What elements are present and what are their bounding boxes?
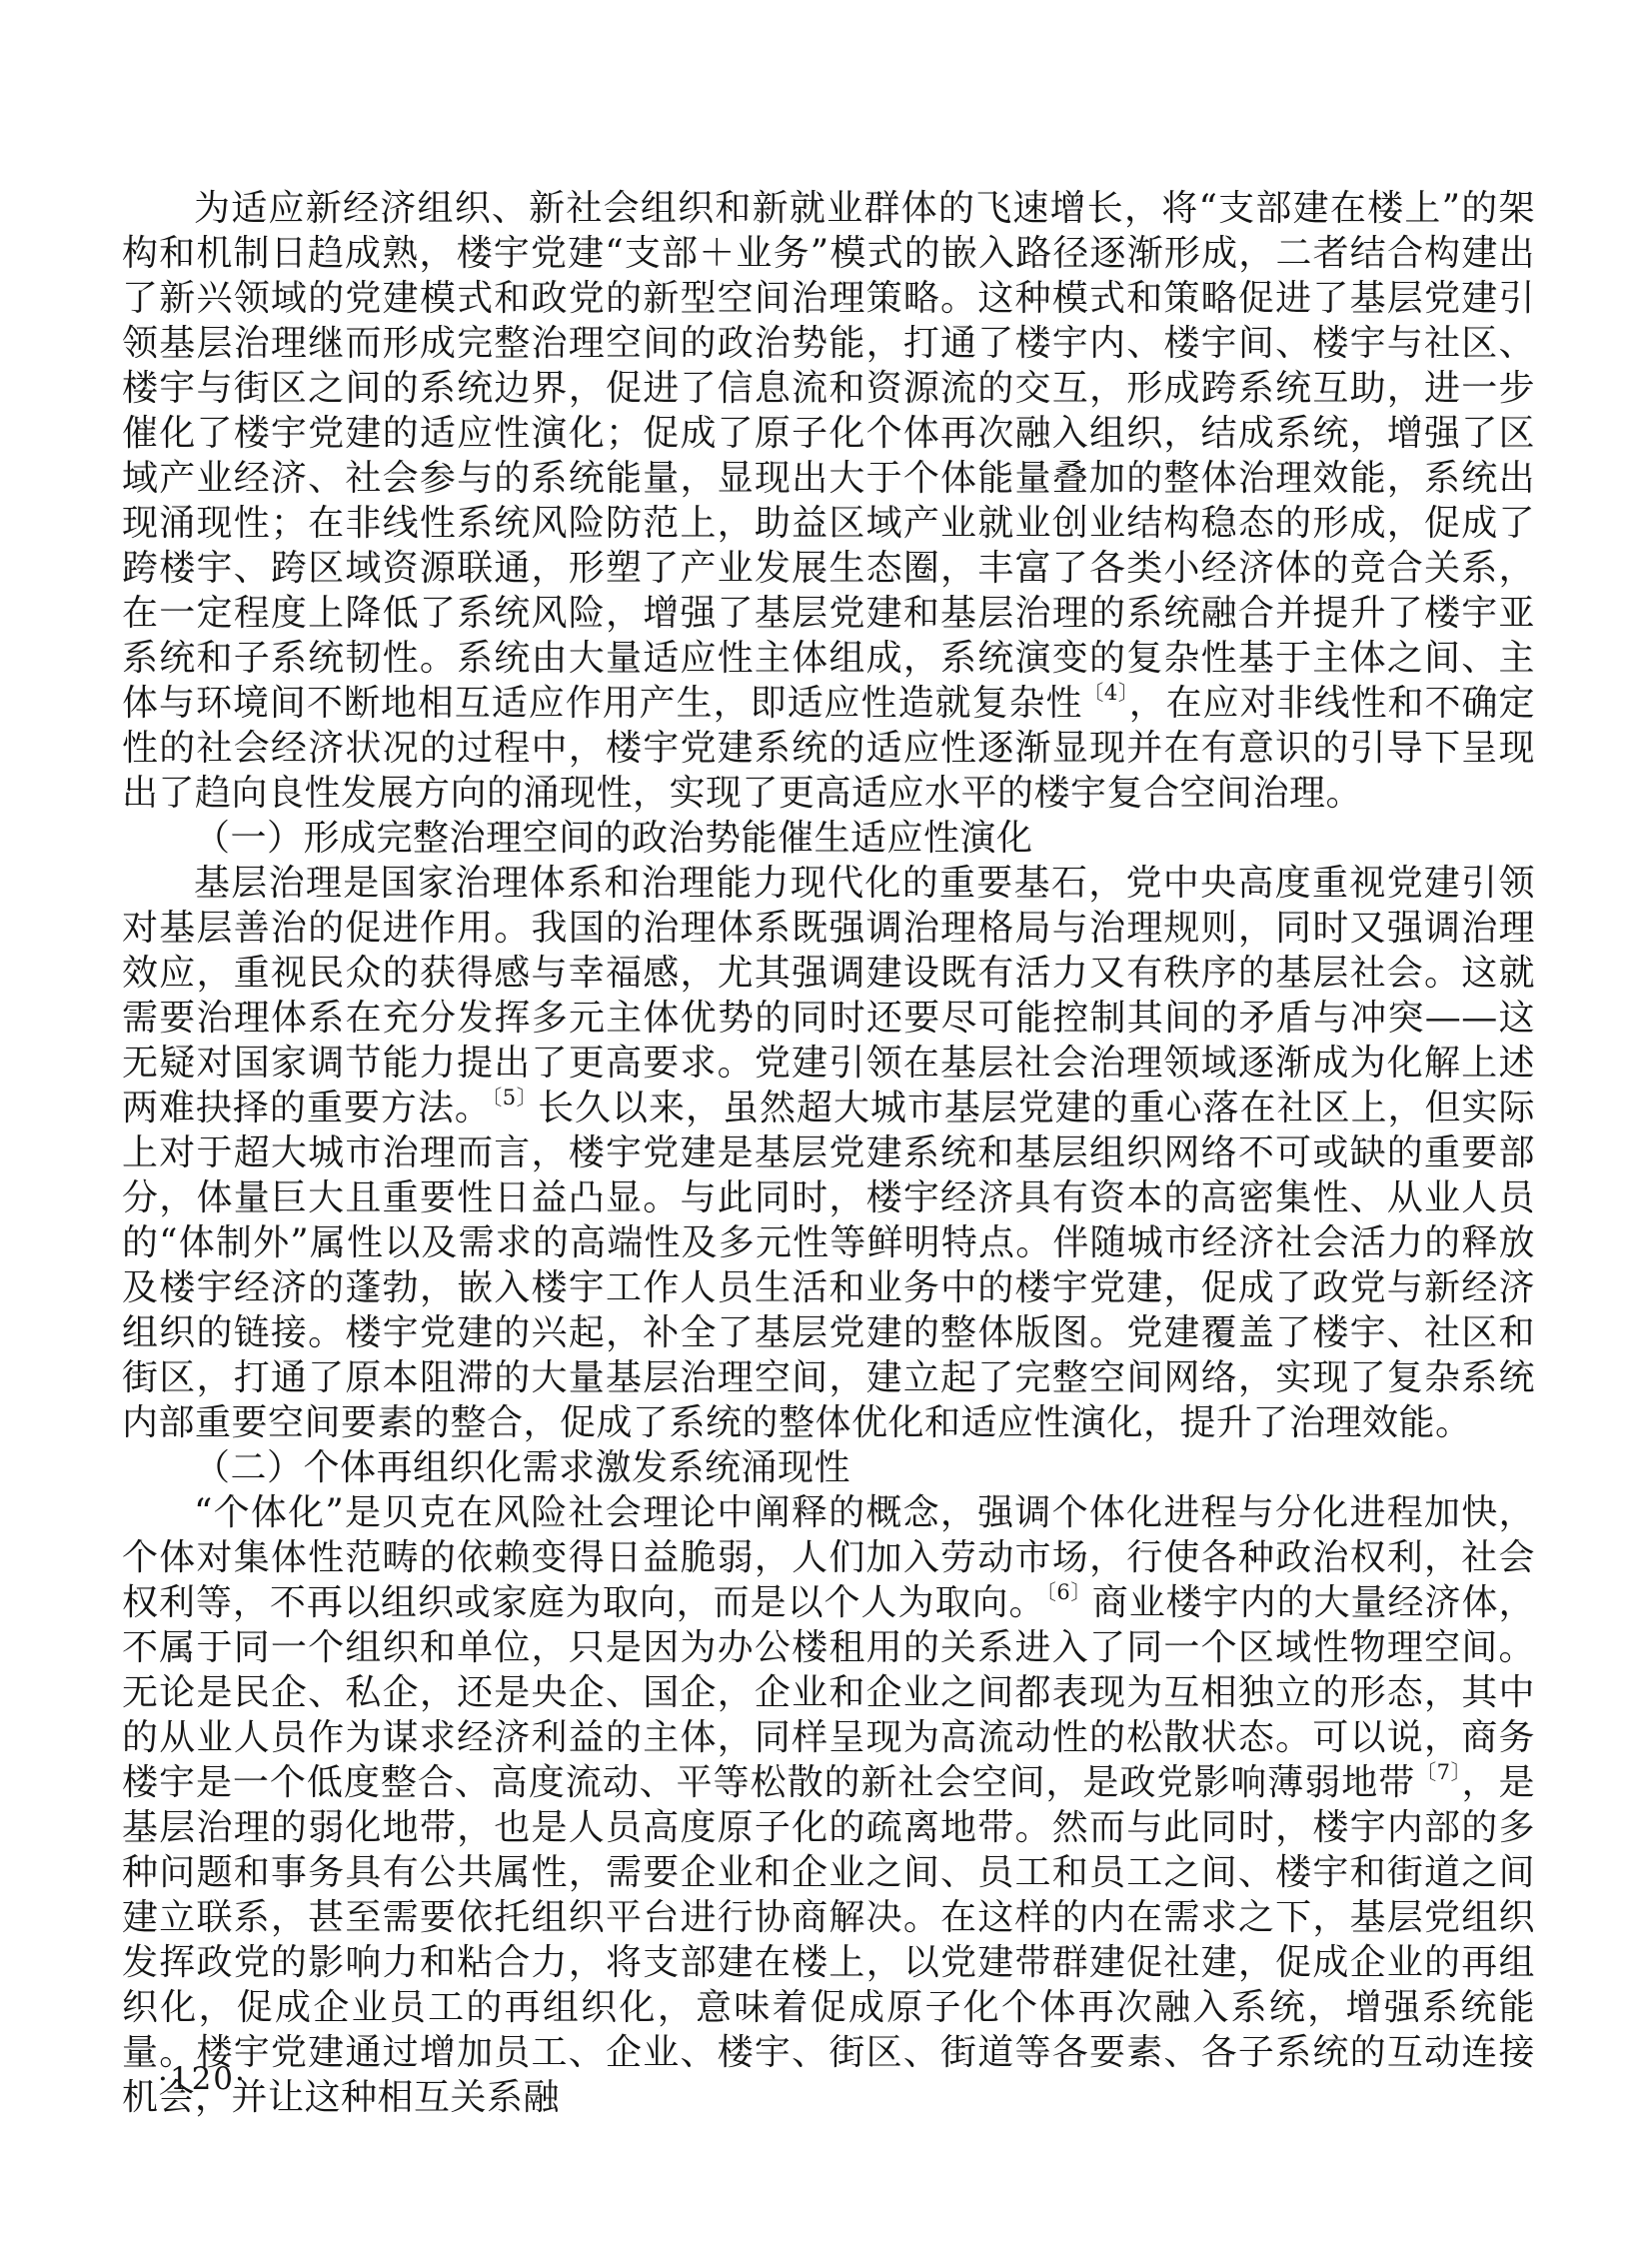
text-run: 为适应新经济组织、新社会组织和新就业群体的飞速增长，将“支部建在楼上”的架构和机… — [122, 188, 1535, 724]
footnote-marker: 〔7〕 — [1415, 1760, 1461, 1784]
paragraph-1: 为适应新经济组织、新社会组织和新就业群体的飞速增长，将“支部建在楼上”的架构和机… — [122, 186, 1535, 816]
page-number: ·120· — [158, 2061, 247, 2097]
text-run: （一）形成完整治理空间的政治势能催生适应性演化 — [194, 818, 1033, 859]
paragraph-2: 基层治理是国家治理体系和治理能力现代化的重要基石，党中央高度重视党建引领对基层善… — [122, 861, 1535, 1445]
footnote-marker: 〔4〕 — [1082, 681, 1128, 705]
footnote-marker: 〔6〕 — [1045, 1580, 1091, 1604]
paragraph-3: “个体化”是贝克在风险社会理论中阐释的概念，强调个体化进程与分化进程加快，个体对… — [122, 1490, 1535, 2120]
article-body: 为适应新经济组织、新社会组织和新就业群体的飞速增长，将“支部建在楼上”的架构和机… — [122, 186, 1535, 2120]
document-page: 为适应新经济组织、新社会组织和新就业群体的飞速增长，将“支部建在楼上”的架构和机… — [0, 0, 1652, 2243]
text-run: 长久以来，虽然超大城市基层党建的重心落在社区上，但实际上对于超大城市治理而言，楼… — [122, 1088, 1535, 1443]
page-footer: ·120· — [158, 2061, 247, 2097]
section-heading-1: （一）形成完整治理空间的政治势能催生适应性演化 — [122, 816, 1535, 861]
text-run: （二）个体再组织化需求激发系统涌现性 — [194, 1447, 850, 1488]
footnote-marker: 〔5〕 — [492, 1086, 538, 1110]
text-run: ，是基层治理的弱化地带，也是人员高度原子化的疏离地带。然而与此同时，楼宇内部的多… — [122, 1762, 1535, 2118]
section-heading-2: （二）个体再组织化需求激发系统涌现性 — [122, 1445, 1535, 1490]
